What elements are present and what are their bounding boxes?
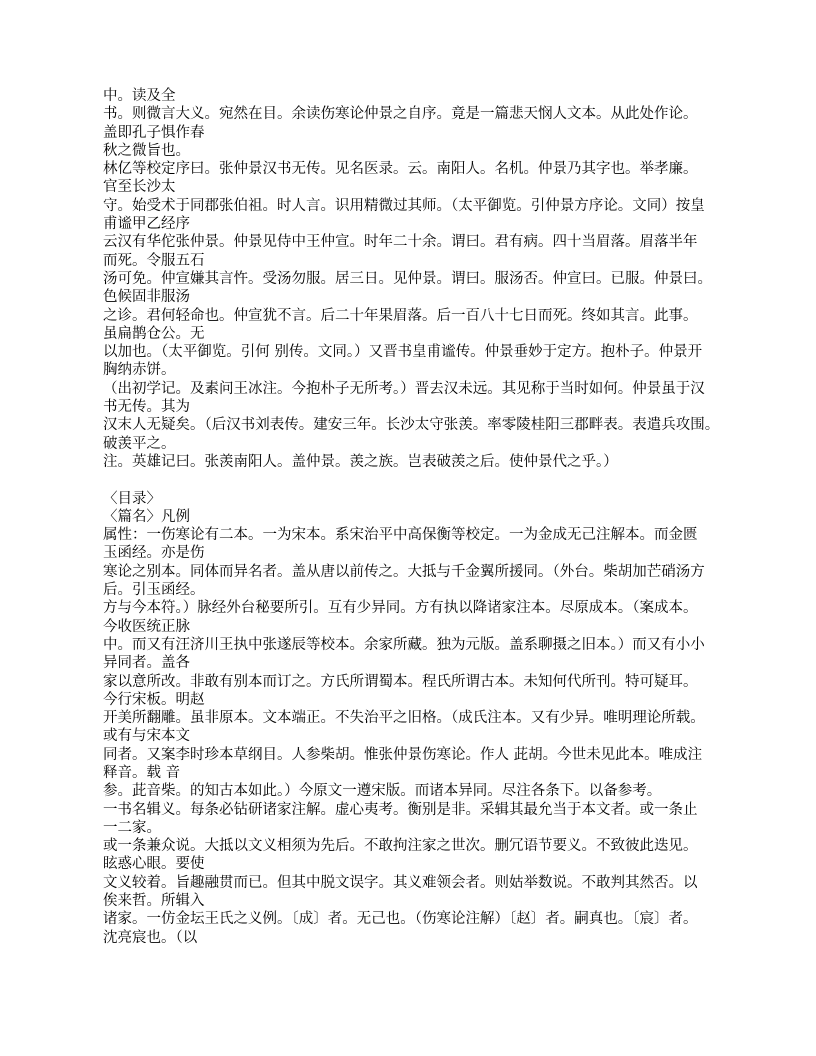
text-line: 或一条兼众说。大抵以文义相须为先后。不敢拘注家之世次。删冗语节要义。不致彼此迭见… [103,837,728,855]
text-line: 属性：一伤寒论有二本。一为宋本。系宋治平中高保衡等校定。一为金成无己注解本。而金… [103,526,728,544]
text-line: 寒论之别本。同体而异名者。盖从唐以前传之。大抵与千金翼所援同。（外台。柴胡加芒硝… [103,563,728,581]
text-line: 色候固非服汤 [103,288,728,306]
document-text-block: 中。读及全 书。则微言大义。宛然在目。余读伤寒论仲景之自序。竟是一篇悲天悯人文本… [103,87,728,947]
document-page: 中。读及全 书。则微言大义。宛然在目。余读伤寒论仲景之自序。竟是一篇悲天悯人文本… [0,0,816,1056]
section-name-line: 〈篇名〉凡例 [103,508,728,526]
text-line: 以加也。（太平御览。引何 别传。文同。）又晋书皇甫谧传。仲景垂妙于定方。抱朴子。… [103,343,728,361]
text-line: 玉函经。亦是伤 [103,544,728,562]
text-line: 汉末人无疑矣。（后汉书刘表传。建安三年。长沙太守张羡。率零陵桂阳三郡畔表。表遣兵… [103,416,728,434]
text-line: 虽扁鹊仓公。无 [103,325,728,343]
text-line: 一二家。 [103,819,728,837]
text-line: 家以意所改。非敢有别本而订之。方氏所谓蜀本。程氏所谓古本。未知何代所刊。特可疑耳… [103,673,728,691]
text-line: 今行宋板。明赵 [103,691,728,709]
text-line: （出初学记。及素问王冰注。今抱朴子无所考。）晋去汉未远。其见称于当时如何。仲景虽… [103,380,728,398]
text-line: 林亿等校定序曰。张仲景汉书无传。见名医录。云。南阳人。名机。仲景乃其字也。举孝廉… [103,160,728,178]
toc-marker-line: 〈目录〉 [103,490,728,508]
text-line: 俟来哲。所辑入 [103,892,728,910]
text-line: 秋之微旨也。 [103,142,728,160]
text-line: 云汉有华佗张仲景。仲景见侍中王仲宣。时年二十余。谓曰。君有病。四十当眉落。眉落半… [103,233,728,251]
text-line: 注。英雄记曰。张羡南阳人。盖仲景。羡之族。岂表破羡之后。使仲景代之乎。） [103,453,728,471]
blank-line [103,471,728,489]
text-line: 同者。又案李时珍本草纲目。人参柴胡。惟张仲景伤寒论。作人 茈胡。今世未见此本。唯… [103,746,728,764]
text-line: 文义较着。旨趣融贯而已。但其中脱文误字。其义难领会者。则姑举数说。不敢判其然否。… [103,874,728,892]
text-line: 胸纳赤饼。 [103,361,728,379]
text-line: 汤可免。仲宣嫌其言忤。受汤勿服。居三日。见仲景。谓曰。服汤否。仲宣曰。已服。仲景… [103,270,728,288]
text-line: 释音。载 音 [103,764,728,782]
text-line: 守。始受术于同郡张伯祖。时人言。识用精微过其师。（太平御览。引仲景方序论。文同）… [103,197,728,215]
text-line: 书无传。其为 [103,398,728,416]
text-line: 官至长沙太 [103,178,728,196]
text-line: 甫谧甲乙经序 [103,215,728,233]
text-line: 中。而又有汪济川王执中张遂辰等校本。余家所藏。独为元版。盖系聊摄之旧本。）而又有… [103,636,728,654]
text-line: 破羡平之。 [103,435,728,453]
text-line: 中。读及全 [103,87,728,105]
text-line: 书。则微言大义。宛然在目。余读伤寒论仲景之自序。竟是一篇悲天悯人文本。从此处作论… [103,105,728,123]
text-line: 诸家。一仿金坛王氏之义例。〔成〕者。无己也。（伤寒论注解）〔赵〕者。嗣真也。〔宸… [103,910,728,928]
text-line: 盖即孔子惧作春 [103,124,728,142]
text-line: 之诊。君何轻命也。仲宣犹不言。后二十年果眉落。后一百八十七日而死。终如其言。此事… [103,307,728,325]
text-line: 后。引玉函经。 [103,581,728,599]
text-line: 沈亮宸也。（以 [103,929,728,947]
text-line: 方与今本符。）脉经外台秘要所引。互有少异同。方有执以降诸家注本。尽原成本。（案成… [103,599,728,617]
text-line: 今收医统正脉 [103,618,728,636]
text-line: 一书名辑义。每条必钻研诸家注解。虚心夷考。衡别是非。采辑其最允当于本文者。或一条… [103,801,728,819]
text-line: 或有与宋本文 [103,727,728,745]
text-line: 开美所翻雕。虽非原本。文本端正。不失治平之旧格。（成氏注本。又有少异。唯明理论所… [103,709,728,727]
text-line: 而死。令服五石 [103,252,728,270]
text-line: 异同者。盖各 [103,654,728,672]
text-line: 参。茈音柴。的知古本如此。）今原文一遵宋版。而诸本异同。尽注各条下。以备参考。 [103,782,728,800]
text-line: 眩惑心眼。要使 [103,855,728,873]
